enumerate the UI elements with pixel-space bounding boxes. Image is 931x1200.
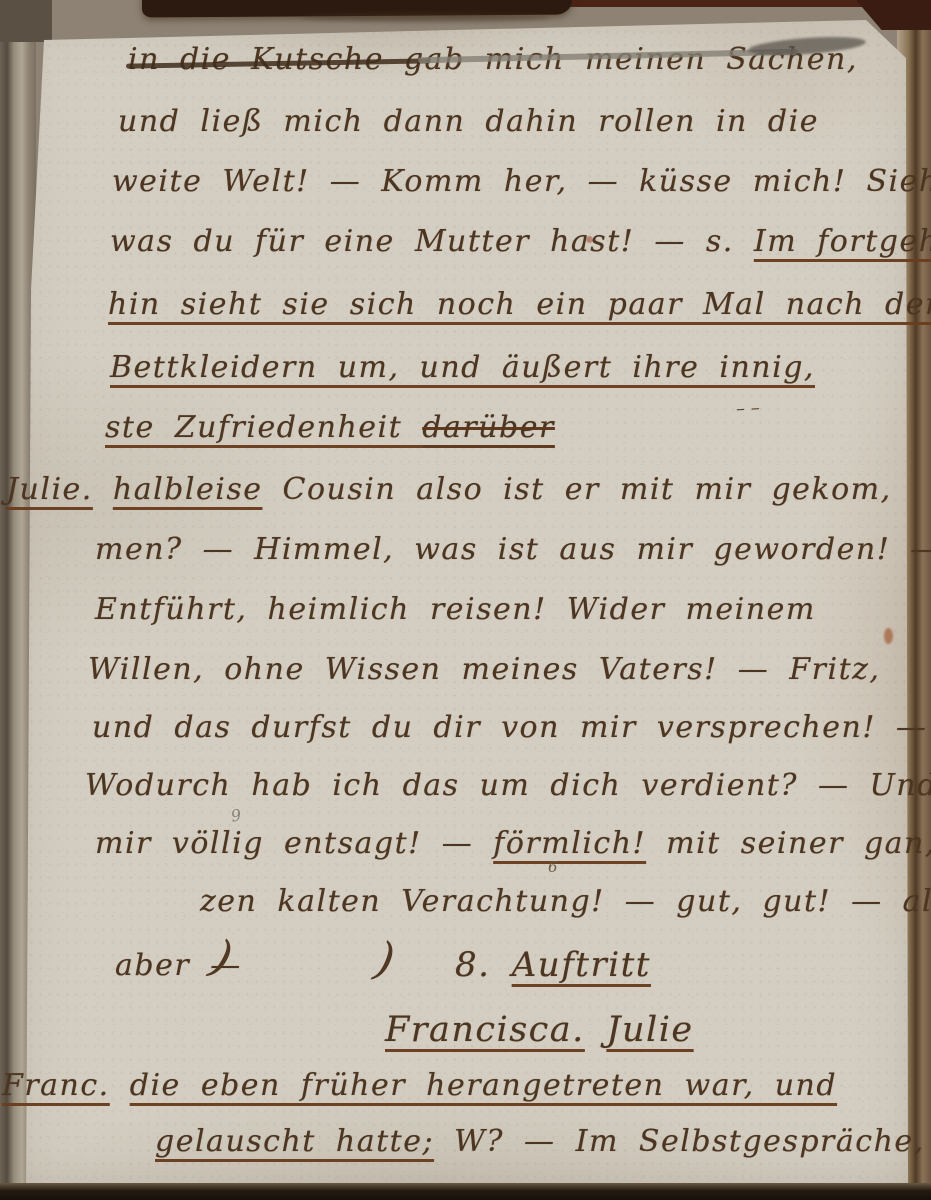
binding-bottom-edge: [0, 1183, 931, 1200]
text-segment: Im fortgehn,: [754, 224, 931, 259]
text-segment: Julie.: [6, 472, 93, 507]
text-segment: gelauscht hatte;: [155, 1124, 434, 1159]
text-segment: weite Welt! — Komm her, — küsse mich! Si…: [112, 164, 931, 199]
manuscript-line: gelauscht hatte; W? — Im Selbstgespräche…: [155, 1124, 931, 1159]
text-segment: hin sieht sie sich noch ein paar Mal nac…: [108, 287, 931, 322]
text-segment: [585, 1010, 607, 1050]
text-segment: darüber: [422, 410, 555, 445]
manuscript-line: ste Zufriedenheit darüber: [105, 410, 555, 445]
text-segment: förmlich!: [493, 826, 646, 861]
text-segment: Cousin also ist er mit mir gekom,: [262, 472, 891, 507]
text-segment: Francisca.: [385, 1010, 585, 1050]
text-segment: W? — Im Selbstgespräche, Jul.: [434, 1124, 931, 1159]
text-segment: [110, 1068, 130, 1103]
manuscript-line: und ließ mich dann dahin rollen in die: [118, 104, 819, 139]
manuscript-line: Wodurch hab ich das um dich verdient? — …: [85, 768, 931, 803]
manuscript-line: zen kalten Verachtung! — gut, gut! — all…: [200, 884, 931, 919]
manuscript-scan: in die Kutsche gab mich meinen Sachen,un…: [0, 0, 931, 1200]
text-segment: Julie: [606, 1010, 693, 1050]
text-segment: [93, 472, 113, 507]
text-segment: men? — Himmel, was ist aus mir geworden!…: [95, 532, 931, 567]
manuscript-line: Franc. die eben früher herangetreten war…: [2, 1068, 837, 1103]
manuscript-line: hin sieht sie sich noch ein paar Mal nac…: [108, 287, 931, 322]
manuscript-line: Julie. halbleise Cousin also ist er mit …: [6, 472, 892, 507]
text-segment: Entführt, heimlich reisen! Wider meinem: [95, 592, 816, 627]
text-segment: Wodurch hab ich das um dich verdient? — …: [85, 768, 931, 803]
manuscript-line: Bettkleidern um, und äußert ihre innig,: [110, 350, 815, 385]
ink-dash-mark: – –: [735, 397, 760, 419]
text-segment: die eben früher herangetreten war, und: [130, 1068, 837, 1103]
text-segment: und ließ mich dann dahin rollen in die: [118, 104, 819, 139]
text-segment: was du für eine Mutter hast! — s.: [110, 224, 754, 259]
text-segment: zen kalten Verachtung! — gut, gut! — all…: [200, 884, 931, 919]
text-segment: und das durfst du dir von mir verspreche…: [92, 710, 927, 745]
text-segment: 8.: [455, 945, 512, 985]
ink-number-mark: 6: [548, 858, 558, 876]
scene-characters-line: Francisca. Julie: [385, 1010, 694, 1050]
scene-heading-line: 8. Auftritt: [455, 945, 651, 985]
manuscript-line: was du für eine Mutter hast! — s. Im for…: [110, 224, 931, 259]
flourish-mark: ): [371, 931, 400, 988]
manuscript-line: Entführt, heimlich reisen! Wider meinem: [95, 592, 816, 627]
text-segment: Bettkleidern um, und äußert ihre innig,: [110, 350, 815, 385]
pencil-number-mark: 9: [229, 805, 242, 825]
text-segment: Auftritt: [512, 945, 651, 985]
manuscript-line: men? — Himmel, was ist aus mir geworden!…: [95, 532, 931, 567]
text-segment: halbleise: [113, 472, 263, 507]
text-segment: mir völlig entsagt! —: [95, 826, 493, 861]
manuscript-line: weite Welt! — Komm her, — küsse mich! Si…: [112, 164, 931, 199]
manuscript-line: Willen, ohne Wissen meines Vaters! — Fri…: [88, 652, 880, 687]
manuscript-line: mir völlig entsagt! — förmlich! mit sein…: [95, 826, 931, 861]
text-segment: mit seiner gan,: [646, 826, 931, 861]
text-segment: Willen, ohne Wissen meines Vaters! — Fri…: [88, 652, 880, 687]
text-segment: ste Zufriedenheit: [105, 410, 422, 445]
manuscript-line: und das durfst du dir von mir verspreche…: [92, 710, 927, 745]
manuscript-text-layer: in die Kutsche gab mich meinen Sachen,un…: [0, 0, 931, 1200]
text-segment: Franc.: [2, 1068, 110, 1103]
